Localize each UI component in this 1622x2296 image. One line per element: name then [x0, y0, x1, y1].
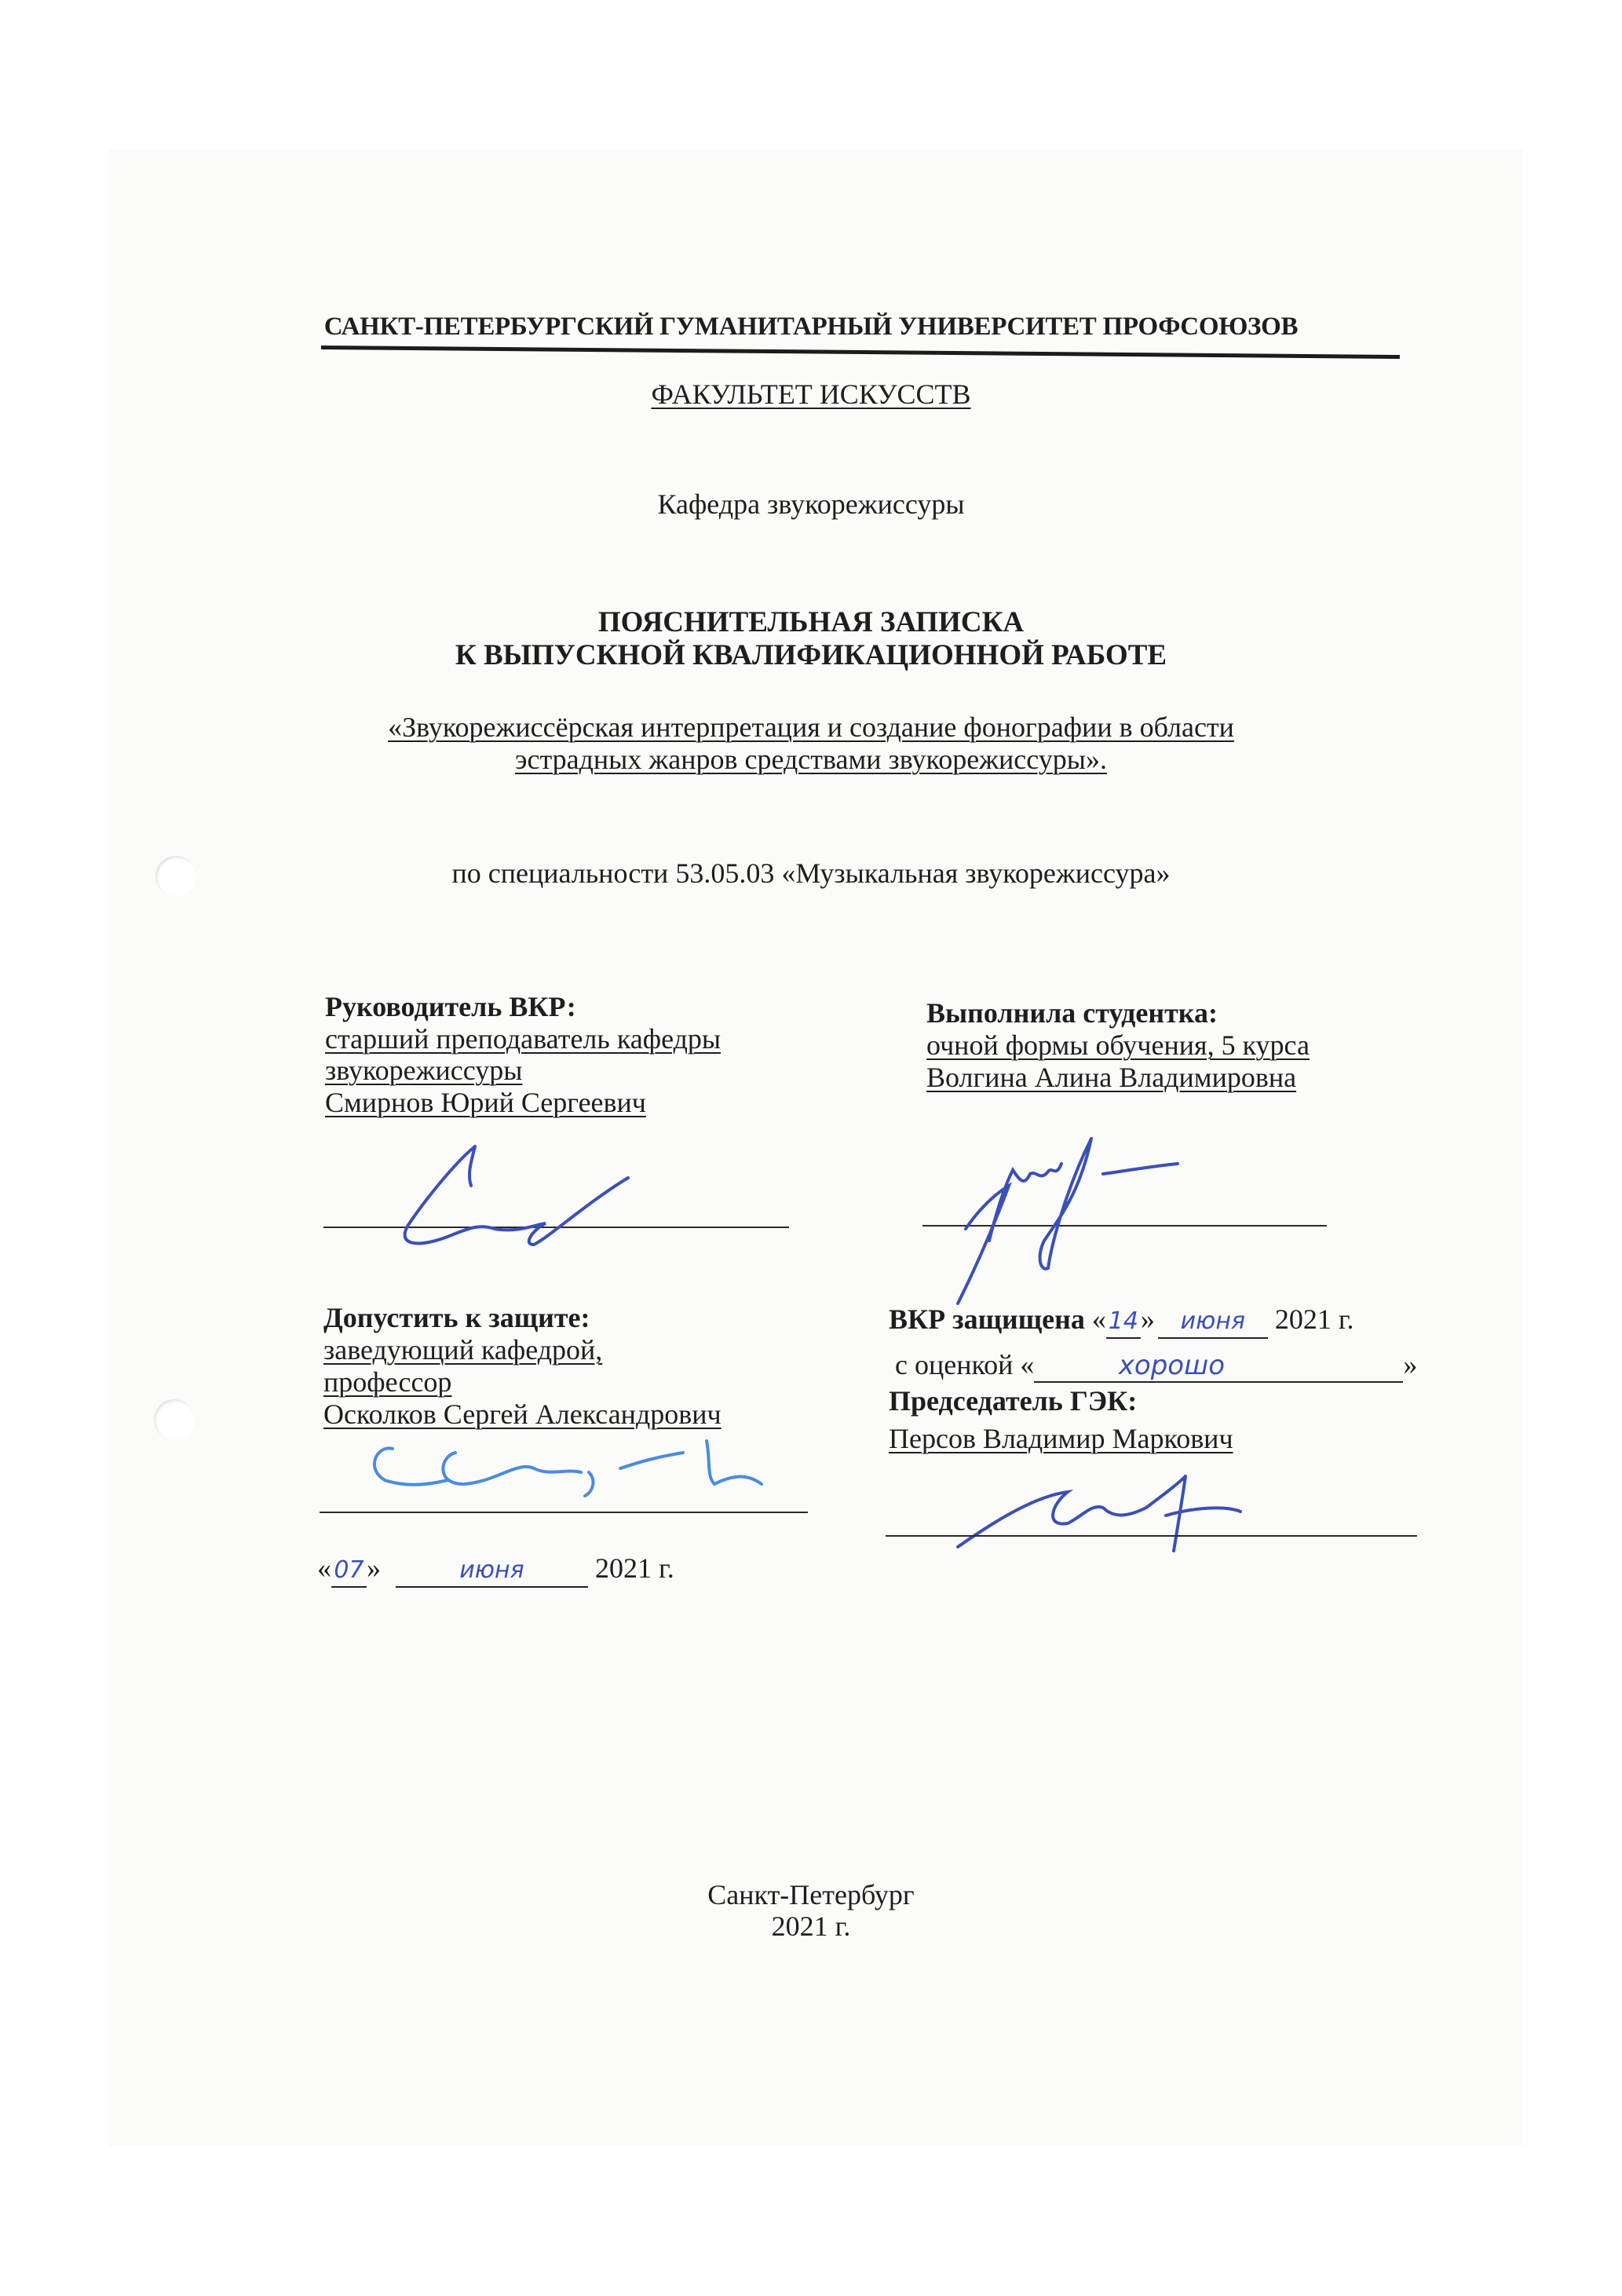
admission-position-line-2: профессор [323, 1366, 451, 1398]
supervisor-heading: Руководитель ВКР: [325, 991, 576, 1022]
defense-grade-close: » [1403, 1349, 1417, 1380]
document-type-line-2: К ВЫПУСКНОЙ КВАЛИФИКАЦИОННОЙ РАБОТЕ [0, 639, 1622, 672]
department-name: Кафедра звукорежиссуры [0, 488, 1622, 520]
admission-date-close-quote: » [367, 1552, 381, 1584]
defense-month-field: июня [1158, 1303, 1268, 1339]
chair-signature [950, 1472, 1248, 1559]
defense-day: 14 [1109, 1307, 1138, 1335]
admission-date-year: 2021 г. [595, 1552, 674, 1584]
scanned-page [108, 149, 1523, 2146]
university-name: САНКТ-ПЕТЕРБУРГСКИЙ ГУМАНИТАРНЫЙ УНИВЕРС… [0, 313, 1622, 342]
defense-grade-row: с оценкой «хорошо» [895, 1349, 1417, 1383]
student-heading: Выполнила студентка: [926, 997, 1218, 1029]
defense-date-row: ВКР защищена «14»июня 2021 г. [889, 1303, 1354, 1339]
supervisor-signature [393, 1131, 652, 1256]
specialty: по специальности 53.05.03 «Музыкальная з… [0, 857, 1622, 889]
defense-year: 2021 г. [1275, 1303, 1354, 1335]
year: 2021 г. [0, 1910, 1622, 1942]
admission-name: Осколков Сергей Александрович [323, 1398, 721, 1430]
supervisor-position-line-1: старший преподаватель кафедры [325, 1023, 721, 1055]
punch-hole-bottom [154, 1399, 195, 1440]
admission-date-day: 07 [334, 1556, 363, 1584]
defense-grade-label: с оценкой « [895, 1349, 1034, 1380]
supervisor-position-line-2: звукорежиссуры [325, 1055, 522, 1086]
admission-date-open-quote: « [317, 1552, 331, 1584]
admission-date: «07» июня 2021 г. [317, 1552, 674, 1588]
admission-signature [361, 1437, 769, 1508]
defense-open-quote: « [1092, 1303, 1106, 1335]
document-type-line-1: ПОЯСНИТЕЛЬНАЯ ЗАПИСКА [0, 606, 1622, 639]
thesis-title-line-2: эстрадных жанров средствами звукорежиссу… [0, 744, 1622, 775]
admission-heading: Допустить к защите: [323, 1302, 590, 1333]
defense-label: ВКР защищена [889, 1303, 1085, 1335]
student-name: Волгина Алина Владимировна [926, 1062, 1296, 1093]
student-signature [942, 1123, 1193, 1311]
thesis-title-line-1: «Звукорежиссёрская интерпретация и созда… [0, 711, 1622, 743]
chair-name: Персов Владимир Маркович [889, 1423, 1233, 1454]
supervisor-name: Смирнов Юрий Сергеевич [325, 1087, 646, 1118]
defense-day-field: 14 [1106, 1303, 1141, 1339]
defense-grade: хорошо [1119, 1350, 1225, 1381]
admission-date-month-field: июня [396, 1552, 588, 1588]
admission-position-line-1: заведующий кафедрой, [323, 1334, 602, 1366]
student-info: очной формы обучения, 5 курса [926, 1029, 1310, 1061]
admission-date-month: июня [459, 1556, 524, 1584]
defense-grade-field: хорошо [1034, 1349, 1403, 1383]
faculty-name: ФАКУЛЬТЕТ ИСКУССТВ [0, 378, 1622, 410]
admission-signature-line [320, 1512, 808, 1513]
city: Санкт-Петербург [0, 1879, 1622, 1910]
chair-heading: Председатель ГЭК: [889, 1385, 1137, 1417]
defense-close-quote: » [1141, 1303, 1155, 1335]
admission-date-day-field: 07 [331, 1552, 367, 1588]
chair-signature-line [886, 1535, 1417, 1537]
defense-month: июня [1181, 1307, 1245, 1335]
